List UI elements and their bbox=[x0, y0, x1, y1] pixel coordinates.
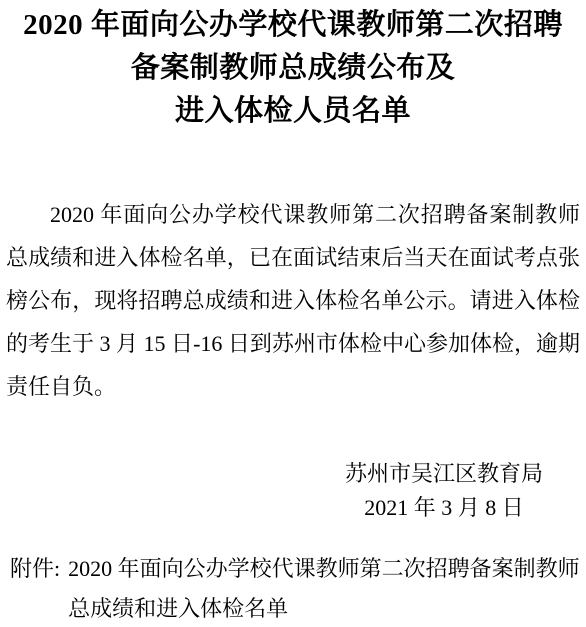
signature-date: 2021 年 3 月 8 日 bbox=[345, 491, 543, 525]
signature-organization: 苏州市吴江区教育局 bbox=[345, 457, 543, 491]
announcement-page: 2020 年面向公办学校代课教师第二次招聘 备案制教师总成绩公布及 进入体检人员… bbox=[0, 0, 586, 627]
attachment-line-2: 总成绩和进入体检名单 bbox=[68, 589, 580, 627]
title-line-2: 备案制教师总成绩公布及 bbox=[6, 47, 580, 90]
paragraph-line-5: 责任自负。 bbox=[6, 365, 580, 408]
paragraph-line-3: 榜公布，现将招聘总成绩和进入体检名单公示。请进入体检 bbox=[6, 279, 580, 322]
title-line-3: 进入体检人员名单 bbox=[6, 90, 580, 133]
paragraph-line-4: 的考生于 3 月 15 日-16 日到苏州市体检中心参加体检，逾期 bbox=[6, 322, 580, 365]
attachment-line-1: 2020 年面向公办学校代课教师第二次招聘备案制教师 bbox=[68, 549, 580, 589]
attachment-text: 2020 年面向公办学校代课教师第二次招聘备案制教师 总成绩和进入体检名单 bbox=[68, 549, 580, 627]
paragraph-line-2: 总成绩和进入体检名单，已在面试结束后当天在面试考点张 bbox=[6, 236, 580, 279]
body-paragraph: 2020 年面向公办学校代课教师第二次招聘备案制教师 总成绩和进入体检名单，已在… bbox=[6, 193, 580, 408]
paragraph-line-1: 2020 年面向公办学校代课教师第二次招聘备案制教师 bbox=[6, 193, 580, 236]
title-line-1: 2020 年面向公办学校代课教师第二次招聘 bbox=[6, 4, 580, 47]
attachment-note: 附件: 2020 年面向公办学校代课教师第二次招聘备案制教师 总成绩和进入体检名… bbox=[10, 549, 580, 627]
document-title: 2020 年面向公办学校代课教师第二次招聘 备案制教师总成绩公布及 进入体检人员… bbox=[6, 4, 580, 133]
attachment-label: 附件: bbox=[10, 549, 60, 589]
signature-block: 苏州市吴江区教育局 2021 年 3 月 8 日 bbox=[345, 457, 543, 525]
